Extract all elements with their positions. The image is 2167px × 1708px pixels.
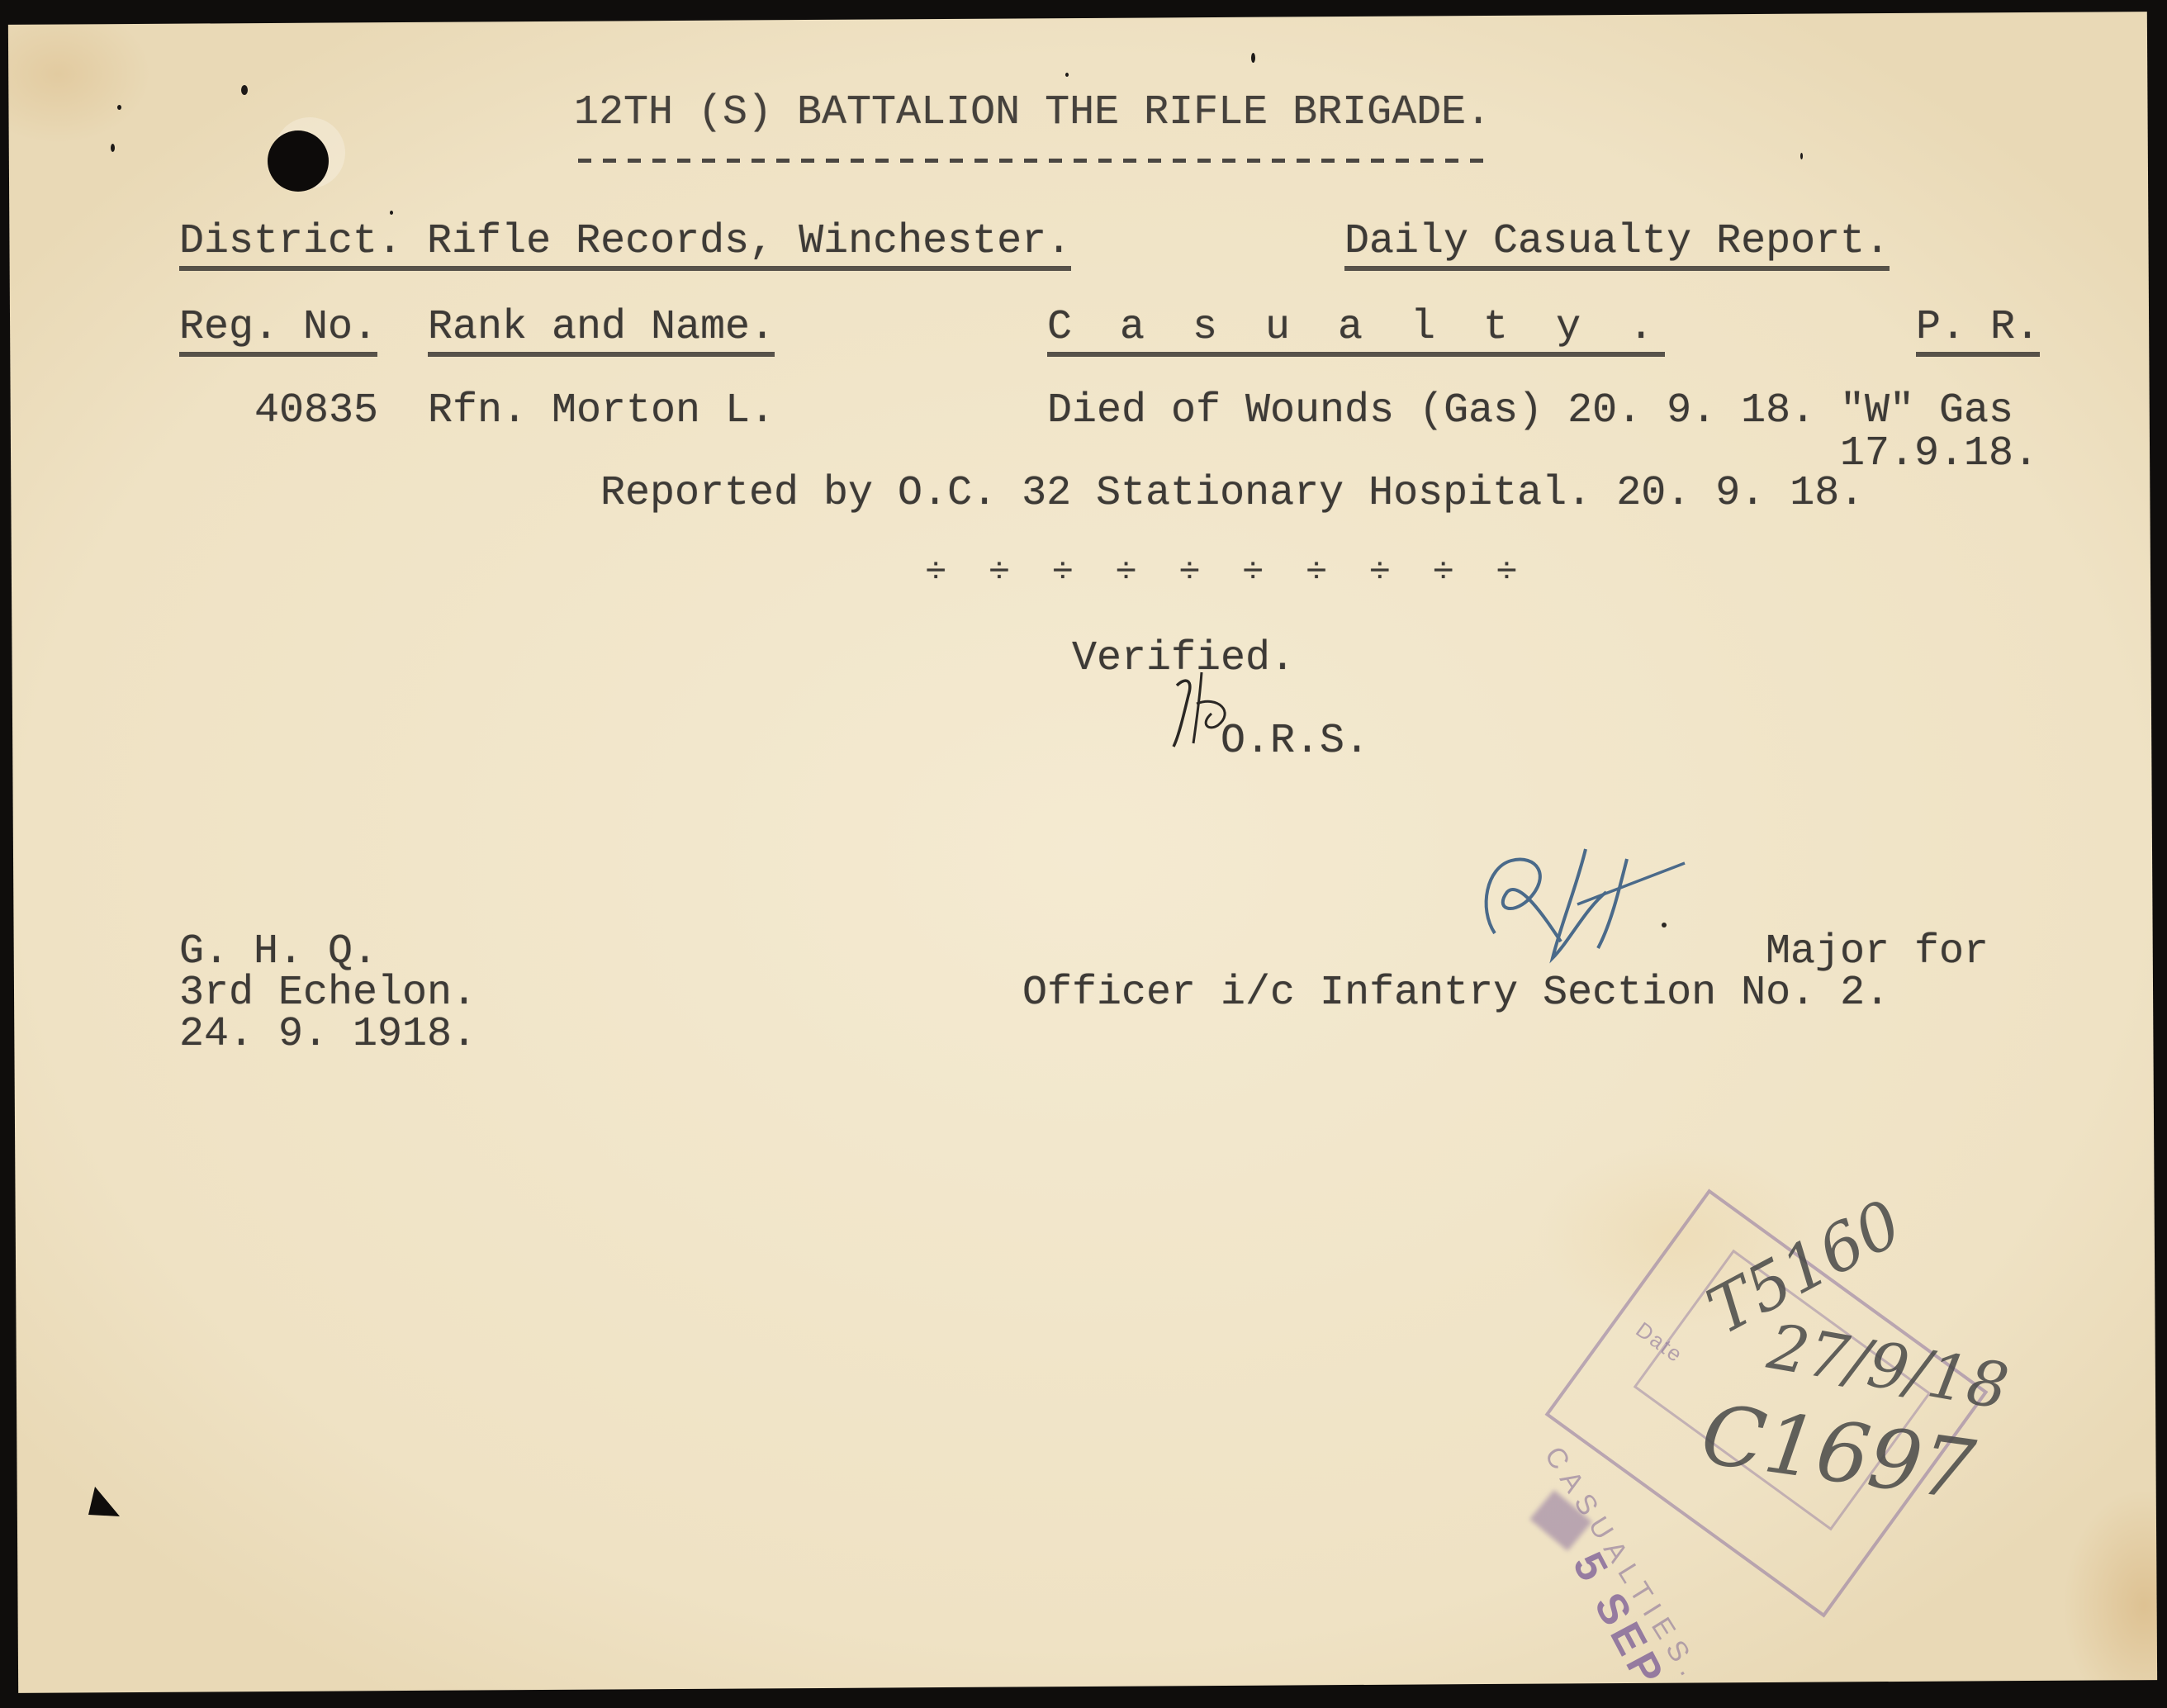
column-header-pr: P. R. xyxy=(1916,307,2040,357)
origin-line-date: 24. 9. 1918. xyxy=(179,1014,477,1056)
ink-speck xyxy=(1065,73,1069,77)
signatory-title: Officer i/c Infantry Section No. 2. xyxy=(1022,973,1890,1014)
corner-mark-icon xyxy=(87,1487,124,1520)
battalion-title: 12TH (S) BATTALION THE RIFLE BRIGADE. xyxy=(574,93,1491,134)
signatory-rank: Major for xyxy=(1766,932,1989,973)
ink-speck xyxy=(1800,153,1803,159)
ink-speck xyxy=(241,85,248,95)
officer-signature xyxy=(1462,842,1701,966)
entry-rank-name: Rfn. Morton L. xyxy=(428,391,775,432)
reported-by-line: Reported by O.C. 32 Stationary Hospital.… xyxy=(600,473,1864,515)
punch-hole xyxy=(268,130,329,192)
entry-reg-no: 40835 xyxy=(254,391,378,432)
separator-line: ÷ ÷ ÷ ÷ ÷ ÷ ÷ ÷ ÷ ÷ xyxy=(925,555,1528,591)
district-label: District. Rifle Records, Winchester. xyxy=(179,221,1071,271)
entry-pr-line1: "W" Gas xyxy=(1840,391,2013,432)
verified-unit-label: O.R.S. xyxy=(1221,721,1369,762)
entry-pr-line2: 17.9.18. xyxy=(1840,434,2038,475)
origin-line-echelon: 3rd Echelon. xyxy=(179,973,477,1014)
origin-line-ghq: G. H. Q. xyxy=(179,932,377,973)
report-type-label: Daily Casualty Report. xyxy=(1344,221,1890,271)
ink-speck xyxy=(111,144,115,152)
ink-speck xyxy=(1251,53,1255,63)
column-header-casualty: C a s u a l t y . xyxy=(1047,307,1665,357)
ink-speck xyxy=(117,105,121,110)
entry-casualty: Died of Wounds (Gas) 20. 9. 18. xyxy=(1047,391,1815,432)
title-underline xyxy=(578,159,1491,163)
column-header-rank-name: Rank and Name. xyxy=(428,307,775,357)
column-header-reg-no: Reg. No. xyxy=(179,307,377,357)
ink-speck xyxy=(390,211,393,215)
